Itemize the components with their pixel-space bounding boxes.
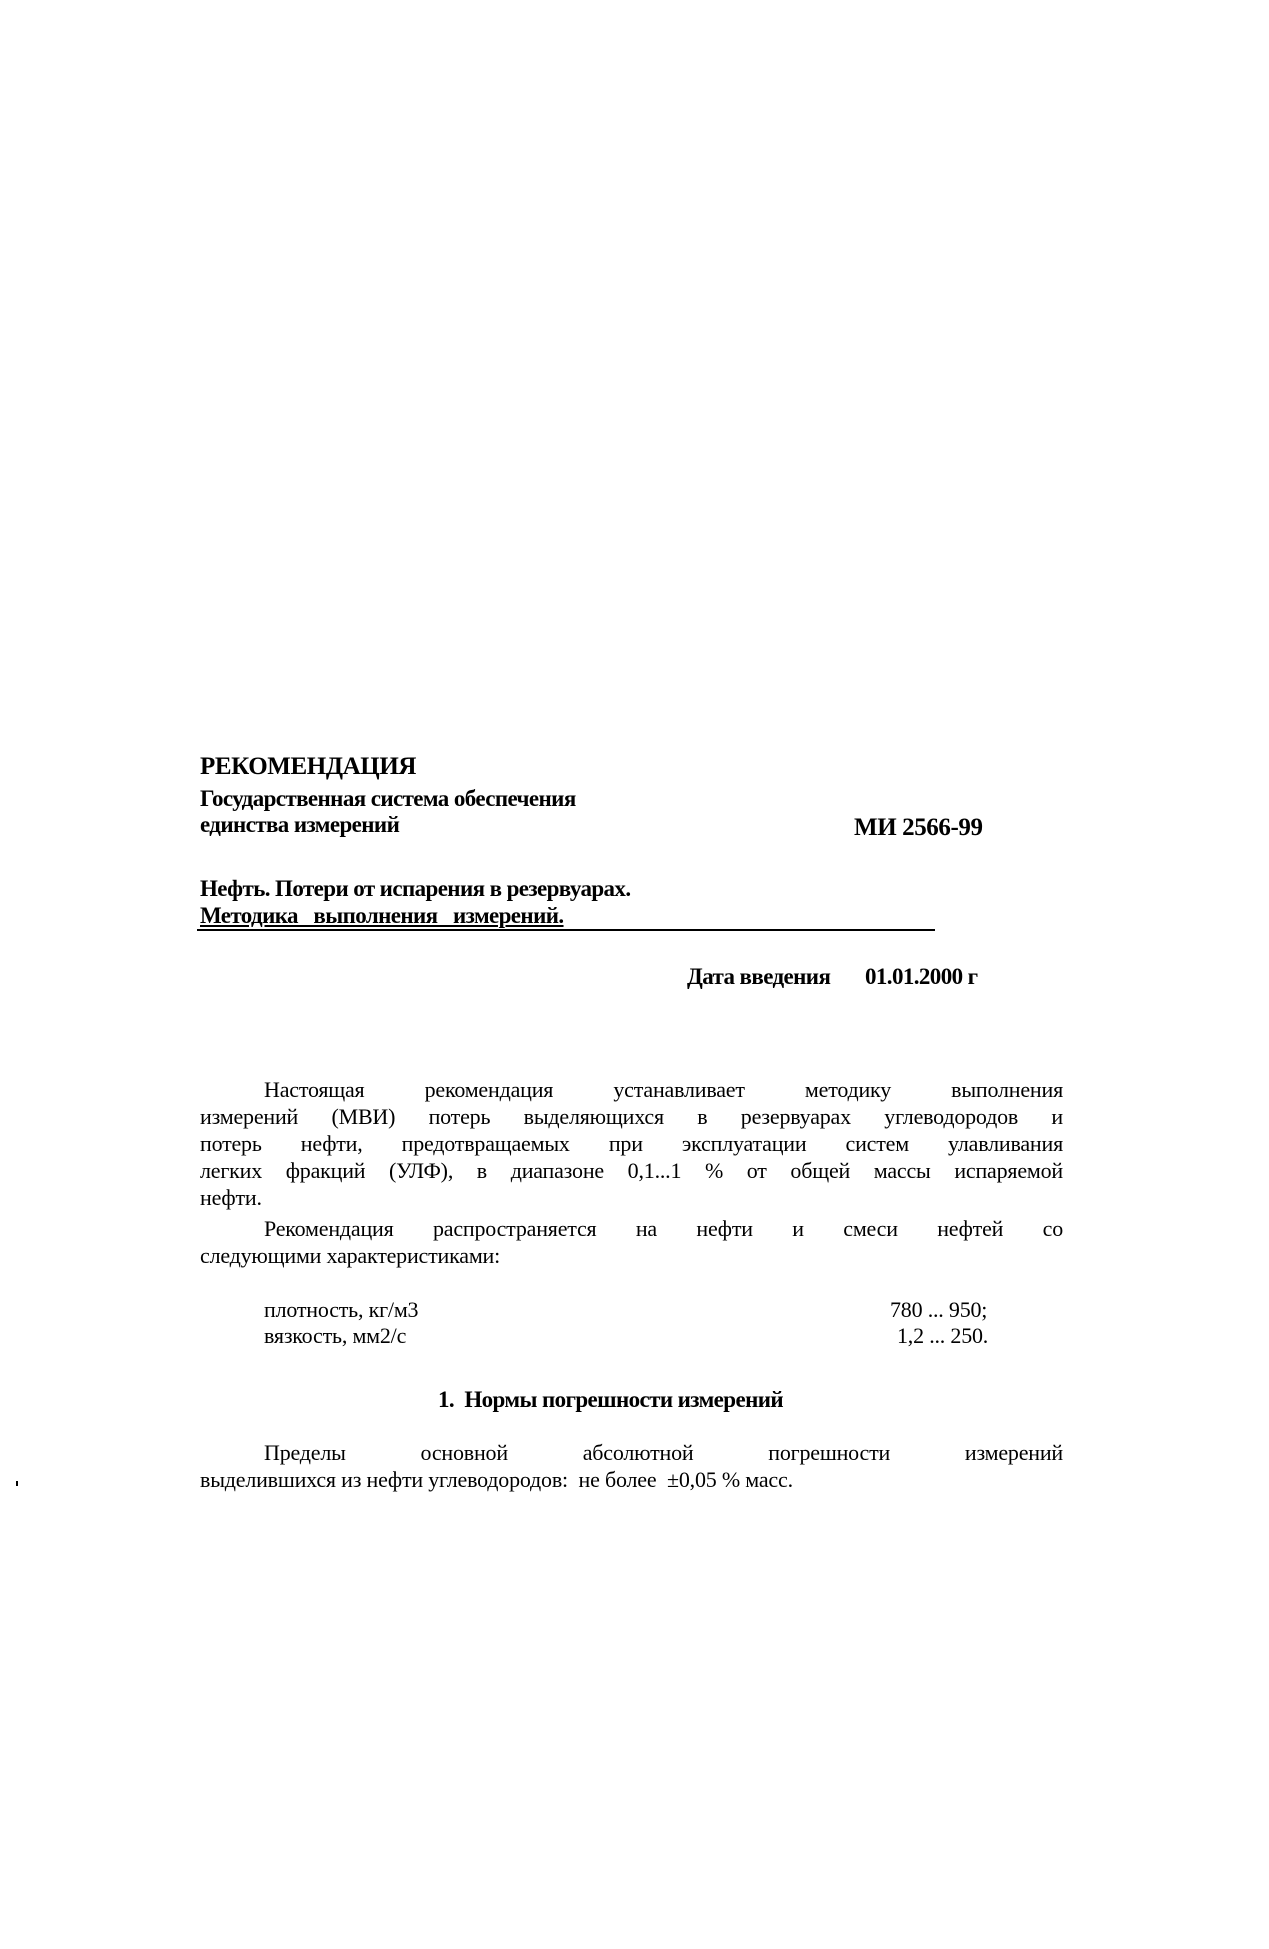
para1-line4: легких фракций (УЛФ), в диапазоне 0,1...… — [200, 1158, 1063, 1184]
system-name-line1: Государственная система обеспечения — [200, 786, 576, 812]
para1-line1: Настоящая рекомендация устанавливает мет… — [264, 1077, 1063, 1103]
para1-line2: измерений (МВИ) потерь выделяющихся в ре… — [200, 1104, 1063, 1130]
para2-line2: следующими характеристиками: — [200, 1243, 500, 1269]
characteristic-viscosity-name: вязкость, мм2/с — [264, 1323, 406, 1349]
characteristic-density-range: 780 ... 950; — [890, 1297, 987, 1323]
para1-line5: нефти. — [200, 1185, 262, 1211]
title-underline — [197, 929, 935, 931]
document-title-line1: Нефть. Потери от испарения в резервуарах… — [200, 876, 630, 902]
para1-line3: потерь нефти, предотвращаемых при эксплу… — [200, 1131, 1063, 1157]
section1-heading: 1. Нормы погрешности измерений — [438, 1387, 783, 1413]
intro-date-label: Дата введения — [687, 964, 830, 990]
document-title-line2: Методика выполнения измерений. — [200, 903, 564, 929]
scan-artifact-mark — [16, 1481, 18, 1486]
para2-line1: Рекомендация распространяется на нефти и… — [264, 1216, 1063, 1242]
system-name-line2: единства измерений — [200, 812, 399, 838]
document-type: РЕКОМЕНДАЦИЯ — [200, 753, 416, 781]
section1-para-line2: выделившихся из нефти углеводородов: не … — [200, 1467, 793, 1493]
section1-para-line1: Пределы основной абсолютной погрешности … — [264, 1440, 1063, 1466]
intro-date-value: 01.01.2000 г — [865, 964, 978, 990]
document-number: МИ 2566-99 — [854, 814, 983, 842]
characteristic-viscosity-range: 1,2 ... 250. — [897, 1323, 988, 1349]
characteristic-density-name: плотность, кг/м3 — [264, 1297, 418, 1323]
